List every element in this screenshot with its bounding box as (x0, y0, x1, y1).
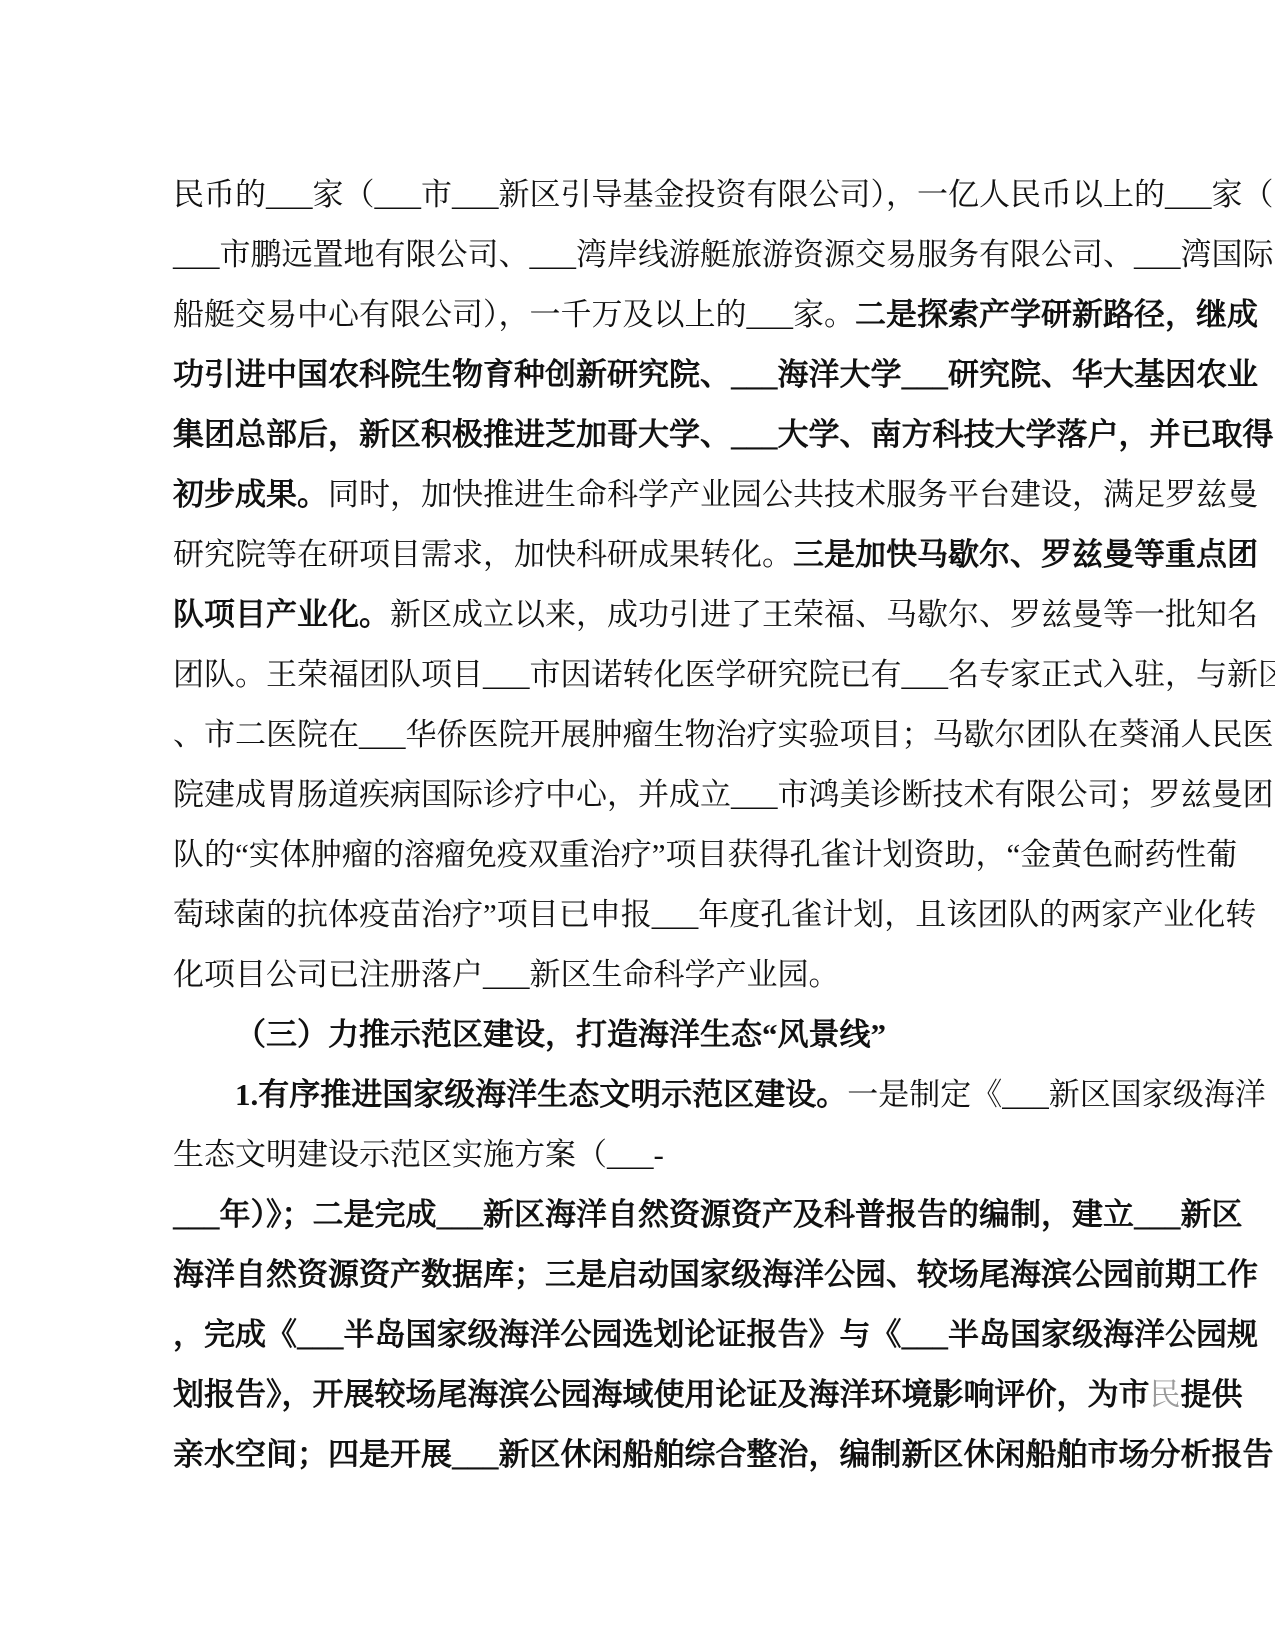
bold-text-segment: 三是加快马歇尔、罗兹曼等重点团 (793, 537, 1258, 572)
text-segment: 同时，加快推进生命科学产业园公共技术服务平台建设，满足罗兹曼 (328, 477, 1258, 512)
text-segment: 船艇交易中心有限公司），一千万及以上的___家。 (173, 297, 855, 332)
document-page: 民币的___家（___市___新区引导基金投资有限公司），一亿人民币以上的___… (0, 0, 1275, 1650)
text-line: 划报告》，开展较场尾海滨公园海域使用论证及海洋环境影响评价，为市民提供 (173, 1365, 1113, 1425)
text-line: 船艇交易中心有限公司），一千万及以上的___家。二是探索产学研新路径，继成 (173, 285, 1113, 345)
text-segment: 一是制定《___新区国家级海洋 (847, 1077, 1266, 1112)
bold-text-segment: （三）力推示范区建设，打造海洋生态“风景线” (235, 1017, 886, 1052)
bold-text-segment: 队项目产业化。 (173, 597, 390, 632)
text-segment: 院建成胃肠道疾病国际诊疗中心，并成立___市鸿美诊断技术有限公司；罗兹曼团 (173, 777, 1274, 812)
bold-text-segment: 1.有序推进国家级海洋生态文明示范区建设。 (235, 1077, 847, 1112)
text-line: ___市鹏远置地有限公司、___湾岸线游艇旅游资源交易服务有限公司、___湾国际 (173, 225, 1113, 285)
text-line: 队项目产业化。新区成立以来，成功引进了王荣福、马歇尔、罗兹曼等一批知名 (173, 585, 1113, 645)
bold-text-segment: 提供 (1181, 1377, 1243, 1412)
text-line: 民币的___家（___市___新区引导基金投资有限公司），一亿人民币以上的___… (173, 165, 1113, 225)
text-line: 亲水空间；四是开展___新区休闲船舶综合整治，编制新区休闲船舶市场分析报告 (173, 1425, 1113, 1485)
text-line: 研究院等在研项目需求，加快科研成果转化。三是加快马歇尔、罗兹曼等重点团 (173, 525, 1113, 585)
text-line: 团队。王荣福团队项目___市因诺转化医学研究院已有___名专家正式入驻，与新区 (173, 645, 1113, 705)
bold-text-segment: 亲水空间；四是开展___新区休闲船舶综合整治，编制新区休闲船舶市场分析报告 (173, 1437, 1274, 1472)
text-line: 1.有序推进国家级海洋生态文明示范区建设。一是制定《___新区国家级海洋 (173, 1065, 1113, 1125)
muted-text-segment: 民 (1150, 1377, 1181, 1412)
text-segment: 萄球菌的抗体疫苗治疗”项目已申报___年度孔雀计划，且该团队的两家产业化转 (173, 897, 1256, 932)
bold-text-segment: ___年）》；二是完成___新区海洋自然资源资产及科普报告的编制，建立___新区 (173, 1197, 1243, 1232)
text-line: 化项目公司已注册落户___新区生命科学产业园。 (173, 945, 1113, 1005)
bold-text-segment: 海洋自然资源资产数据库；三是启动国家级海洋公园、较场尾海滨公园前期工作 (173, 1257, 1258, 1292)
text-line: ___年）》；二是完成___新区海洋自然资源资产及科普报告的编制，建立___新区 (173, 1185, 1113, 1245)
text-line: 萄球菌的抗体疫苗治疗”项目已申报___年度孔雀计划，且该团队的两家产业化转 (173, 885, 1113, 945)
bold-text-segment: ，完成《___半岛国家级海洋公园选划论证报告》与《___半岛国家级海洋公园规 (173, 1317, 1258, 1352)
text-line: 初步成果。同时，加快推进生命科学产业园公共技术服务平台建设，满足罗兹曼 (173, 465, 1113, 525)
text-segment: 民币的___家（___市___新区引导基金投资有限公司），一亿人民币以上的___… (173, 177, 1274, 212)
text-line: ，完成《___半岛国家级海洋公园选划论证报告》与《___半岛国家级海洋公园规 (173, 1305, 1113, 1365)
bold-text-segment: 划报告》，开展较场尾海滨公园海域使用论证及海洋环境影响评价，为市 (173, 1377, 1150, 1412)
text-segment: 生态文明建设示范区实施方案（___- (173, 1137, 664, 1172)
text-segment: 、市二医院在___华侨医院开展肿瘤生物治疗实验项目；马歇尔团队在葵涌人民医 (173, 717, 1274, 752)
bold-text-segment: 二是探索产学研新路径，继成 (855, 297, 1258, 332)
text-segment: 新区成立以来，成功引进了王荣福、马歇尔、罗兹曼等一批知名 (390, 597, 1258, 632)
text-segment: 化项目公司已注册落户___新区生命科学产业园。 (173, 957, 840, 992)
bold-text-segment: 集团总部后，新区积极推进芝加哥大学、___大学、南方科技大学落户，并已取得 (173, 417, 1274, 452)
text-line: 集团总部后，新区积极推进芝加哥大学、___大学、南方科技大学落户，并已取得 (173, 405, 1113, 465)
bold-text-segment: 初步成果。 (173, 477, 328, 512)
text-line: 队的“实体肿瘤的溶瘤免疫双重治疗”项目获得孔雀计划资助，“金黄色耐药性葡 (173, 825, 1113, 885)
text-line: 院建成胃肠道疾病国际诊疗中心，并成立___市鸿美诊断技术有限公司；罗兹曼团 (173, 765, 1113, 825)
document-text-block: 民币的___家（___市___新区引导基金投资有限公司），一亿人民币以上的___… (173, 165, 1113, 1485)
text-line: 生态文明建设示范区实施方案（___- (173, 1125, 1113, 1185)
text-segment: 团队。王荣福团队项目___市因诺转化医学研究院已有___名专家正式入驻，与新区 (173, 657, 1275, 692)
text-line: （三）力推示范区建设，打造海洋生态“风景线” (173, 1005, 1113, 1065)
bold-text-segment: 功引进中国农科院生物育种创新研究院、___海洋大学___研究院、华大基因农业 (173, 357, 1258, 392)
text-line: 海洋自然资源资产数据库；三是启动国家级海洋公园、较场尾海滨公园前期工作 (173, 1245, 1113, 1305)
text-line: 功引进中国农科院生物育种创新研究院、___海洋大学___研究院、华大基因农业 (173, 345, 1113, 405)
text-segment: 队的“实体肿瘤的溶瘤免疫双重治疗”项目获得孔雀计划资助，“金黄色耐药性葡 (173, 837, 1237, 872)
text-segment: ___市鹏远置地有限公司、___湾岸线游艇旅游资源交易服务有限公司、___湾国际 (173, 237, 1274, 272)
text-line: 、市二医院在___华侨医院开展肿瘤生物治疗实验项目；马歇尔团队在葵涌人民医 (173, 705, 1113, 765)
text-segment: 研究院等在研项目需求，加快科研成果转化。 (173, 537, 793, 572)
